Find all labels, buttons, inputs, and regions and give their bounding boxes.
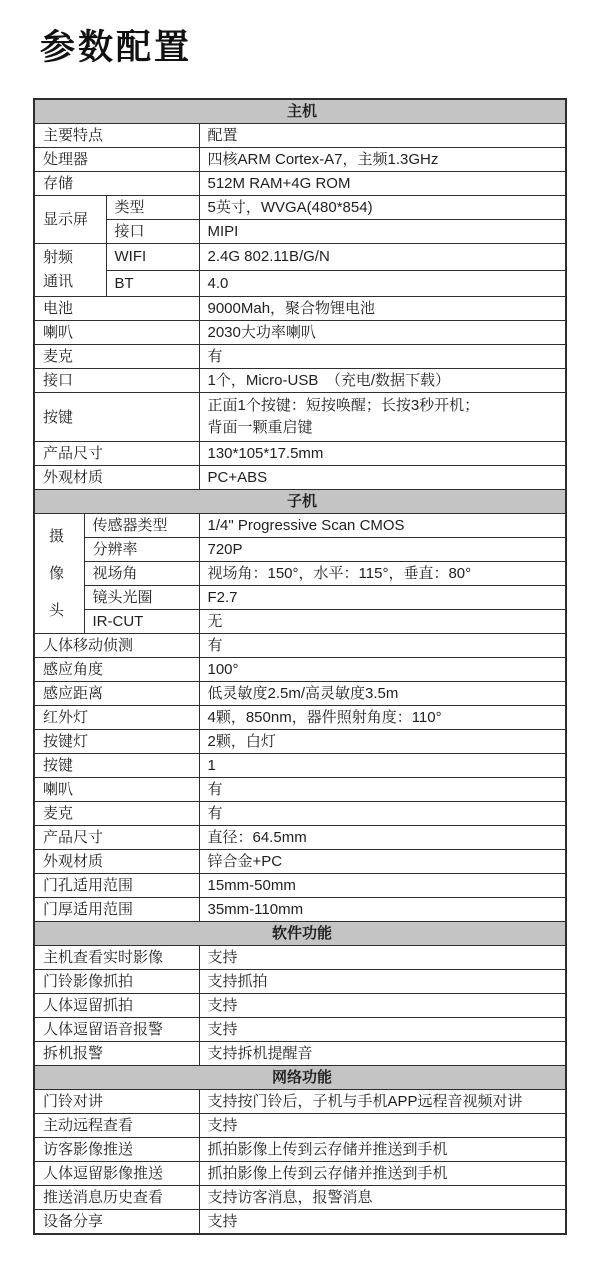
spec-value: 支持 (199, 994, 566, 1018)
spec-label: 门铃影像抓拍 (34, 970, 199, 994)
spec-label: 设备分享 (34, 1210, 199, 1235)
spec-sublabel: 类型 (106, 196, 199, 220)
spec-value: 4颗，850nm，器件照射角度：110° (199, 706, 566, 730)
spec-value: 720P (199, 538, 566, 562)
table-row: 处理器四核ARM Cortex-A7，主频1.3GHz (34, 148, 566, 172)
spec-value: 2颗，白灯 (199, 730, 566, 754)
spec-value: 1个，Micro-USB （充电/数据下载） (199, 369, 566, 393)
spec-value: 130*105*17.5mm (199, 442, 566, 466)
spec-value: 无 (199, 610, 566, 634)
spec-label: 人体逗留语音报警 (34, 1018, 199, 1042)
spec-value: 抓拍影像上传到云存储并推送到手机 (199, 1138, 566, 1162)
spec-sublabel: 视场角 (84, 562, 199, 586)
spec-label: 感应角度 (34, 658, 199, 682)
table-row: 主机查看实时影像支持 (34, 946, 566, 970)
spec-label: 接口 (34, 369, 199, 393)
spec-value: 有 (199, 345, 566, 369)
table-row: 按键1 (34, 754, 566, 778)
spec-value: 锌合金+PC (199, 850, 566, 874)
table-row: 设备分享支持 (34, 1210, 566, 1235)
spec-table: 主机主要特点配置处理器四核ARM Cortex-A7，主频1.3GHz存储512… (33, 98, 567, 1235)
spec-group-label-text: 射频通讯 (43, 246, 75, 294)
spec-label: 红外灯 (34, 706, 199, 730)
spec-label: 外观材质 (34, 850, 199, 874)
table-row: 门孔适用范围15mm-50mm (34, 874, 566, 898)
spec-label: 感应距离 (34, 682, 199, 706)
spec-value: 配置 (199, 124, 566, 148)
table-row: 存储512M RAM+4G ROM (34, 172, 566, 196)
spec-value: 1 (199, 754, 566, 778)
spec-label: 主机查看实时影像 (34, 946, 199, 970)
spec-label: 处理器 (34, 148, 199, 172)
section-header: 主机 (34, 99, 566, 124)
table-row: 门铃影像抓拍支持抓拍 (34, 970, 566, 994)
table-row: 摄像头传感器类型1/4" Progressive Scan CMOS (34, 514, 566, 538)
table-row: 主要特点配置 (34, 124, 566, 148)
section-header: 子机 (34, 490, 566, 514)
spec-sublabel: BT (106, 270, 199, 297)
spec-label: 人体移动侦测 (34, 634, 199, 658)
spec-value: 有 (199, 634, 566, 658)
table-row: IR-CUT无 (34, 610, 566, 634)
table-row: 拆机报警支持拆机提醒音 (34, 1042, 566, 1066)
spec-sublabel: 传感器类型 (84, 514, 199, 538)
spec-value: 有 (199, 802, 566, 826)
spec-value: 35mm-110mm (199, 898, 566, 922)
table-row: 麦克有 (34, 345, 566, 369)
spec-value: 支持抓拍 (199, 970, 566, 994)
spec-label: 喇叭 (34, 778, 199, 802)
spec-sublabel: 镜头光圈 (84, 586, 199, 610)
table-row: 产品尺寸直径：64.5mm (34, 826, 566, 850)
spec-label: 电池 (34, 297, 199, 321)
spec-group-label: 摄像头 (34, 514, 84, 634)
table-row: 按键正面1个按键：短按唤醒；长按3秒开机； 背面一颗重启键 (34, 393, 566, 442)
spec-value: 2030大功率喇叭 (199, 321, 566, 345)
spec-sublabel: IR-CUT (84, 610, 199, 634)
spec-label: 门厚适用范围 (34, 898, 199, 922)
table-row: 显示屏类型5英寸，WVGA(480*854) (34, 196, 566, 220)
spec-group-label-text: 摄像头 (49, 518, 65, 629)
spec-value: 4.0 (199, 270, 566, 297)
spec-value: 100° (199, 658, 566, 682)
spec-value: 抓拍影像上传到云存储并推送到手机 (199, 1162, 566, 1186)
page: 参数配置 主机主要特点配置处理器四核ARM Cortex-A7，主频1.3GHz… (0, 0, 600, 1278)
spec-group-label-text: 显示屏 (43, 211, 88, 228)
table-row: 接口MIPI (34, 220, 566, 244)
table-row: 门铃对讲支持按门铃后，子机与手机APP远程音视频对讲 (34, 1090, 566, 1114)
spec-value: 支持 (199, 1210, 566, 1235)
table-row: 红外灯4颗，850nm，器件照射角度：110° (34, 706, 566, 730)
page-title: 参数配置 (40, 26, 600, 70)
spec-label: 拆机报警 (34, 1042, 199, 1066)
section-header: 软件功能 (34, 922, 566, 946)
spec-value: 支持拆机提醒音 (199, 1042, 566, 1066)
spec-value: 512M RAM+4G ROM (199, 172, 566, 196)
spec-value: 直径：64.5mm (199, 826, 566, 850)
table-row: 喇叭2030大功率喇叭 (34, 321, 566, 345)
table-row: 人体逗留影像推送抓拍影像上传到云存储并推送到手机 (34, 1162, 566, 1186)
spec-sublabel: 分辨率 (84, 538, 199, 562)
spec-value: 支持 (199, 1114, 566, 1138)
spec-value: 2.4G 802.11B/G/N (199, 244, 566, 271)
table-row: 喇叭有 (34, 778, 566, 802)
table-row: 推送消息历史查看支持访客消息，报警消息 (34, 1186, 566, 1210)
spec-value: 支持 (199, 1018, 566, 1042)
spec-label: 人体逗留影像推送 (34, 1162, 199, 1186)
spec-sublabel: WIFI (106, 244, 199, 271)
table-row: 射频通讯WIFI2.4G 802.11B/G/N (34, 244, 566, 271)
spec-group-label: 射频通讯 (34, 244, 106, 297)
spec-label: 产品尺寸 (34, 826, 199, 850)
table-row: 电池9000Mah，聚合物锂电池 (34, 297, 566, 321)
spec-label: 按键 (34, 393, 199, 442)
spec-label: 喇叭 (34, 321, 199, 345)
spec-label: 按键灯 (34, 730, 199, 754)
spec-value: 支持访客消息，报警消息 (199, 1186, 566, 1210)
spec-label: 推送消息历史查看 (34, 1186, 199, 1210)
table-row: 产品尺寸130*105*17.5mm (34, 442, 566, 466)
spec-value: 15mm-50mm (199, 874, 566, 898)
table-row: 人体逗留语音报警支持 (34, 1018, 566, 1042)
table-row: BT4.0 (34, 270, 566, 297)
spec-value: 支持 (199, 946, 566, 970)
spec-value: 正面1个按键：短按唤醒；长按3秒开机； 背面一颗重启键 (199, 393, 566, 442)
section-header-row: 主机 (34, 99, 566, 124)
spec-label: 人体逗留抓拍 (34, 994, 199, 1018)
spec-value: 低灵敏度2.5m/高灵敏度3.5m (199, 682, 566, 706)
table-row: 主动远程查看支持 (34, 1114, 566, 1138)
table-row: 麦克有 (34, 802, 566, 826)
table-row: 视场角视场角：150°，水平：115°，垂直：80° (34, 562, 566, 586)
spec-value: 9000Mah，聚合物锂电池 (199, 297, 566, 321)
section-header-row: 网络功能 (34, 1066, 566, 1090)
spec-label: 主动远程查看 (34, 1114, 199, 1138)
spec-value: F2.7 (199, 586, 566, 610)
table-row: 访客影像推送抓拍影像上传到云存储并推送到手机 (34, 1138, 566, 1162)
spec-label: 麦克 (34, 802, 199, 826)
spec-value: 有 (199, 778, 566, 802)
spec-value: 四核ARM Cortex-A7，主频1.3GHz (199, 148, 566, 172)
table-row: 人体移动侦测有 (34, 634, 566, 658)
table-row: 镜头光圈F2.7 (34, 586, 566, 610)
spec-label: 外观材质 (34, 466, 199, 490)
table-row: 接口1个，Micro-USB （充电/数据下载） (34, 369, 566, 393)
spec-label: 存储 (34, 172, 199, 196)
section-header: 网络功能 (34, 1066, 566, 1090)
section-header-row: 软件功能 (34, 922, 566, 946)
table-row: 人体逗留抓拍支持 (34, 994, 566, 1018)
table-row: 分辨率720P (34, 538, 566, 562)
table-row: 感应角度100° (34, 658, 566, 682)
spec-sublabel: 接口 (106, 220, 199, 244)
table-row: 外观材质锌合金+PC (34, 850, 566, 874)
spec-value: 支持按门铃后，子机与手机APP远程音视频对讲 (199, 1090, 566, 1114)
table-row: 外观材质PC+ABS (34, 466, 566, 490)
spec-label: 主要特点 (34, 124, 199, 148)
table-row: 感应距离低灵敏度2.5m/高灵敏度3.5m (34, 682, 566, 706)
spec-value: MIPI (199, 220, 566, 244)
spec-label: 门孔适用范围 (34, 874, 199, 898)
spec-value: 5英寸，WVGA(480*854) (199, 196, 566, 220)
spec-label: 门铃对讲 (34, 1090, 199, 1114)
spec-group-label: 显示屏 (34, 196, 106, 244)
spec-label: 按键 (34, 754, 199, 778)
spec-value: 1/4" Progressive Scan CMOS (199, 514, 566, 538)
table-row: 门厚适用范围35mm-110mm (34, 898, 566, 922)
spec-value: 视场角：150°，水平：115°，垂直：80° (199, 562, 566, 586)
spec-label: 访客影像推送 (34, 1138, 199, 1162)
table-row: 按键灯2颗，白灯 (34, 730, 566, 754)
spec-label: 产品尺寸 (34, 442, 199, 466)
spec-label: 麦克 (34, 345, 199, 369)
spec-value: PC+ABS (199, 466, 566, 490)
section-header-row: 子机 (34, 490, 566, 514)
